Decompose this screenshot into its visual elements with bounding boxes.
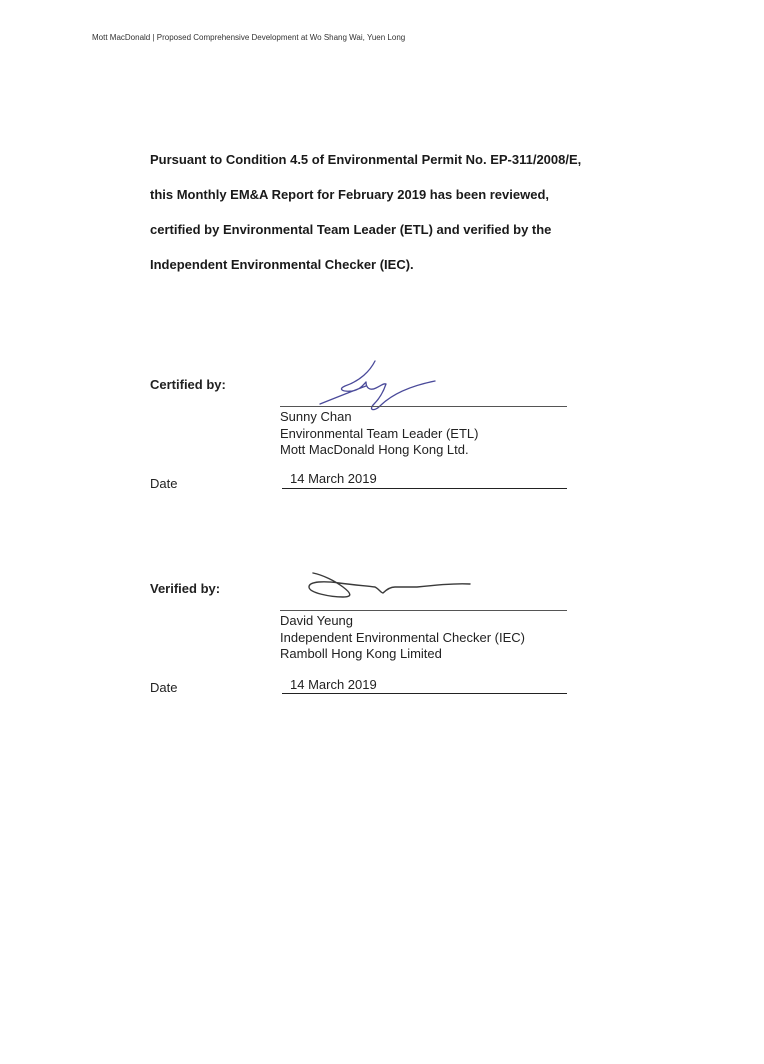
etl-signer-info: Sunny Chan Environmental Team Leader (ET…	[280, 409, 478, 459]
verified-by-label: Verified by:	[150, 581, 220, 596]
signature-line	[280, 610, 567, 611]
signer-name: Sunny Chan	[280, 409, 478, 426]
date-label: Date	[150, 476, 177, 491]
signature-line	[280, 406, 567, 407]
iec-signature-icon	[295, 565, 485, 615]
etl-signature-icon	[300, 356, 460, 416]
statement-line: this Monthly EM&A Report for February 20…	[150, 187, 670, 222]
signer-name: David Yeung	[280, 613, 525, 630]
signer-organization: Mott MacDonald Hong Kong Ltd.	[280, 442, 478, 459]
date-line	[282, 693, 567, 694]
statement-line: certified by Environmental Team Leader (…	[150, 222, 670, 257]
signer-role: Independent Environmental Checker (IEC)	[280, 630, 525, 647]
verification-date: 14 March 2019	[290, 677, 377, 692]
signer-role: Environmental Team Leader (ETL)	[280, 426, 478, 443]
page-header: Mott MacDonald | Proposed Comprehensive …	[92, 33, 405, 42]
date-line	[282, 488, 567, 489]
certification-date: 14 March 2019	[290, 471, 377, 486]
certification-statement: Pursuant to Condition 4.5 of Environment…	[150, 152, 670, 292]
certified-by-label: Certified by:	[150, 377, 226, 392]
statement-line: Pursuant to Condition 4.5 of Environment…	[150, 152, 670, 187]
signer-organization: Ramboll Hong Kong Limited	[280, 646, 525, 663]
statement-line: Independent Environmental Checker (IEC).	[150, 257, 670, 292]
iec-signer-info: David Yeung Independent Environmental Ch…	[280, 613, 525, 663]
date-label: Date	[150, 680, 177, 695]
